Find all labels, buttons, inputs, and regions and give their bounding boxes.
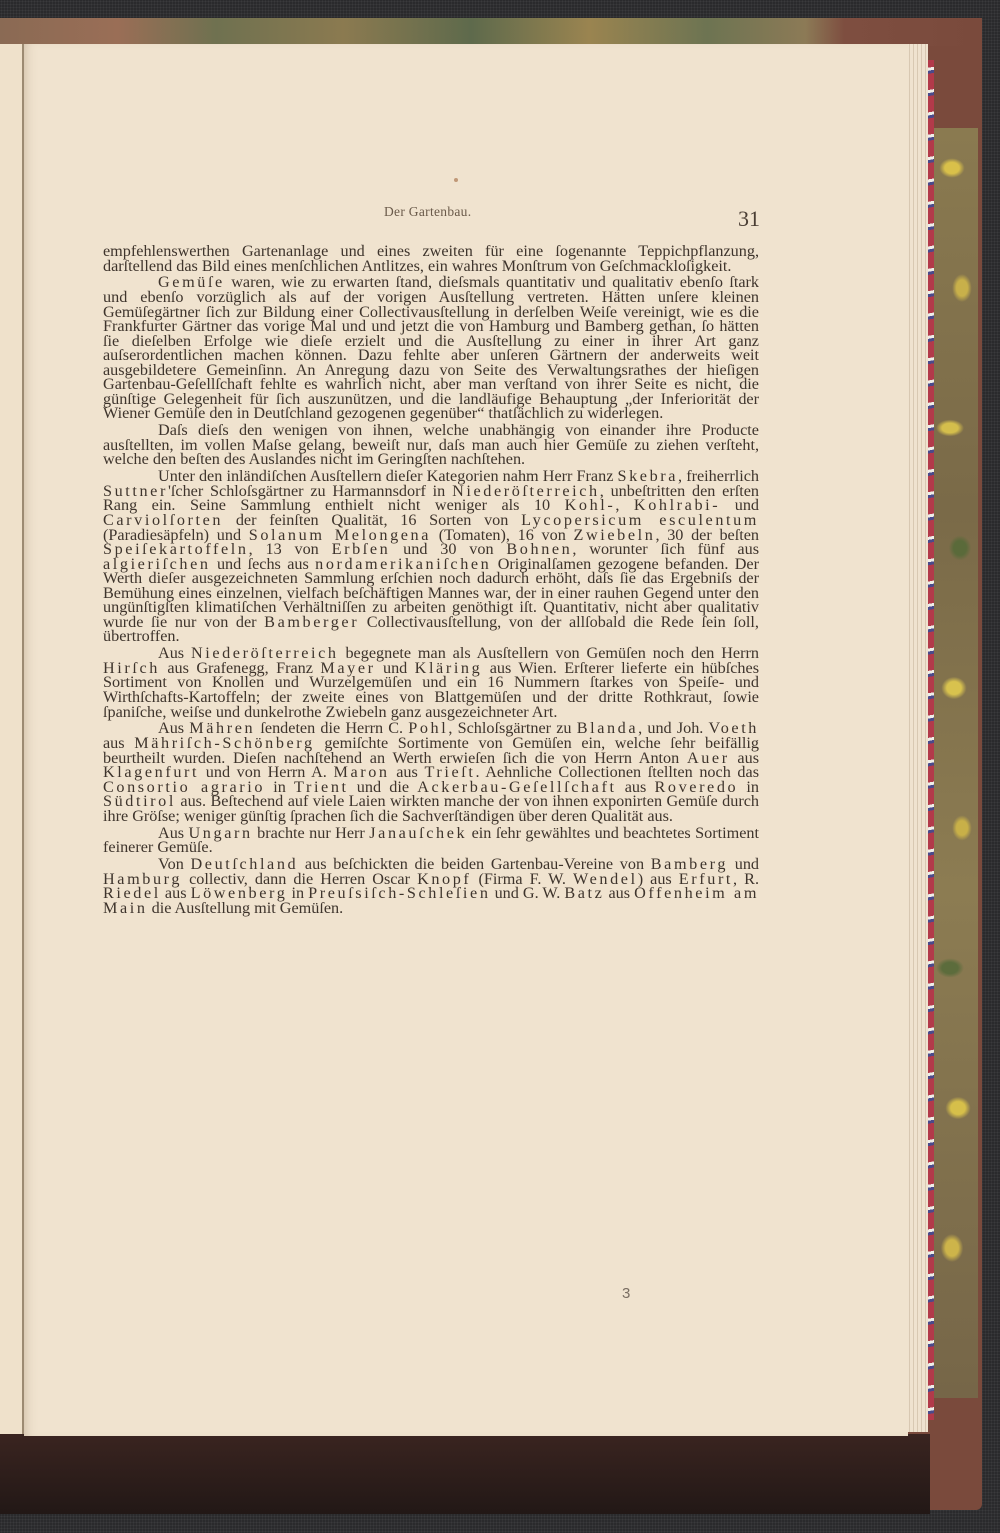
- paragraph: Daſs dieſs den wenigen von ihnen, welche…: [103, 423, 759, 467]
- text-run: Daſs dieſs den wenigen von ihnen, welche…: [103, 421, 759, 468]
- paragraph: Aus Niederöſterreich begegnete man als A…: [103, 646, 759, 719]
- text-run: waren, wie zu erwarten ſtand, dieſsmals …: [103, 273, 759, 422]
- text-run: aus. Beſtechend auf viele Laien wirkten …: [103, 792, 759, 825]
- spaced-emphasis: Batz: [564, 884, 604, 902]
- running-head: Der Gartenbau.: [384, 204, 471, 220]
- paragraph: Aus Ungarn brachte nur Herr Janauſchek e…: [103, 826, 759, 855]
- paper-speck: [454, 178, 458, 182]
- spaced-emphasis: Janauſchek: [369, 824, 467, 842]
- facing-page-sliver: [0, 44, 24, 1434]
- text-run: und G. W.: [491, 884, 565, 902]
- paragraph: Gemüſe waren, wie zu erwarten ſtand, die…: [103, 275, 759, 420]
- text-run: die Ausſtellung mit Gemüſen.: [148, 899, 344, 917]
- book-top-edge-marbled: [0, 18, 982, 46]
- signature-mark: 3: [622, 1285, 630, 1302]
- page-number: 31: [738, 206, 760, 232]
- book-bottom-shadow: [0, 1434, 930, 1514]
- page-stack-edge: [906, 44, 928, 1432]
- body-text: empfehlenswerthen Gartenanlage und eines…: [103, 244, 759, 918]
- text-run: brachte nur Herr: [253, 824, 370, 842]
- paragraph: Von Deutſchland aus beſchickten die beid…: [103, 857, 759, 915]
- spaced-emphasis: Bamberger: [264, 613, 359, 631]
- marbled-cover-edge: [932, 128, 978, 1398]
- text-run: aus: [604, 884, 634, 902]
- paragraph: empfehlenswerthen Gartenanlage und eines…: [103, 244, 759, 273]
- text-run: empfehlenswerthen Gartenanlage und eines…: [103, 242, 759, 275]
- paragraph: Aus Mähren ſendeten die Herrn C. Pohl, S…: [103, 721, 759, 823]
- paragraph: Unter den inländiſchen Ausſtellern dieſe…: [103, 469, 759, 644]
